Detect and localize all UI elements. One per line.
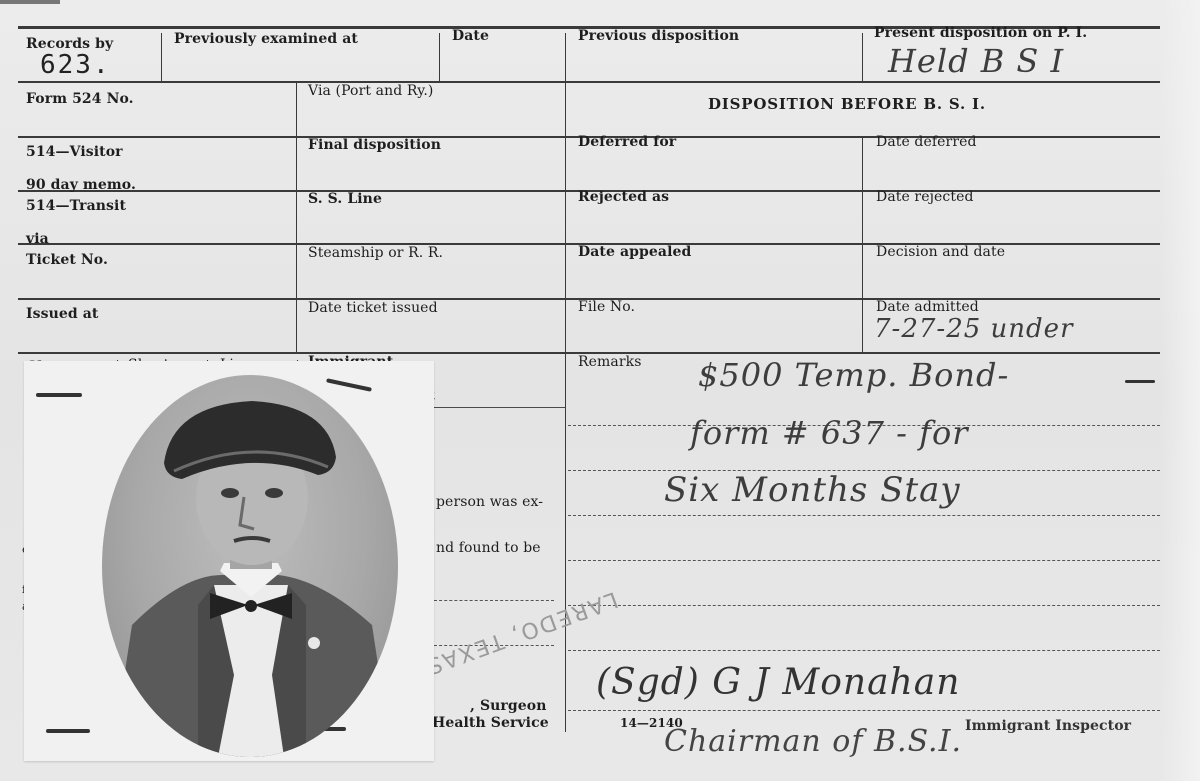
remarks-handwritten-line: form # 637 - for xyxy=(690,414,969,452)
remarks-handwritten-line: $500 Temp. Bond- xyxy=(698,356,1009,394)
remarks-handwritten-line: Six Months Stay xyxy=(664,470,961,510)
steamship-rr-label: Steamship or R. R. xyxy=(308,245,443,261)
form-524-label: Form 524 No. xyxy=(26,91,134,107)
portrait-figure-icon xyxy=(102,375,398,757)
col-divider xyxy=(565,82,566,732)
remarks-line xyxy=(568,515,1160,516)
col-divider xyxy=(439,33,440,83)
present-disposition-value: Held B S I xyxy=(888,42,1064,80)
date-rejected-label: Date rejected xyxy=(876,189,974,205)
immigrant-inspector-label: Immigrant Inspector xyxy=(965,718,1131,734)
cert-line xyxy=(434,600,554,601)
portrait-photo xyxy=(102,375,398,757)
via-label: via xyxy=(26,231,49,247)
film-edge xyxy=(0,0,60,4)
certification-line-1: person was ex- xyxy=(436,494,543,510)
chairman-title-handwritten: Chairman of B.S.I. xyxy=(664,724,962,759)
col-divider xyxy=(862,137,863,353)
film-edge xyxy=(1160,0,1200,781)
via-port-label: Via (Port and Ry.) xyxy=(308,83,433,99)
remarks-line xyxy=(568,605,1160,606)
health-service-label: Health Service xyxy=(432,715,549,731)
previous-disposition-label: Previous disposition xyxy=(578,28,739,44)
date-admitted-label: Date admitted xyxy=(876,299,979,315)
date-label: Date xyxy=(452,28,489,44)
deferred-for-label: Deferred for xyxy=(578,134,676,150)
mount-mark xyxy=(326,378,372,391)
final-disposition-label: Final disposition xyxy=(308,137,441,153)
row-divider xyxy=(18,81,1160,83)
ninety-day-memo-label: 90 day memo. xyxy=(26,177,136,193)
col-divider xyxy=(161,33,162,83)
photo-mount xyxy=(24,361,434,761)
date-ticket-issued-label: Date ticket issued xyxy=(308,300,438,316)
transit-514-label: 514—Transit xyxy=(26,198,126,214)
ink-mark xyxy=(1125,380,1155,383)
date-appealed-label: Date appealed xyxy=(578,244,691,260)
col-divider xyxy=(862,33,863,83)
remarks-line xyxy=(568,710,1160,711)
mount-mark xyxy=(36,393,82,397)
date-deferred-label: Date deferred xyxy=(876,134,977,150)
record-card: Records by 623. Previously examined at D… xyxy=(0,0,1200,781)
rejected-as-label: Rejected as xyxy=(578,189,669,205)
row-divider xyxy=(430,407,565,408)
mount-mark xyxy=(46,729,90,733)
certification-line-2: nd found to be xyxy=(436,540,541,556)
bsi-heading: DISPOSITION BEFORE B. S. I. xyxy=(708,95,986,113)
visitor-514-label: 514—Visitor xyxy=(26,144,123,160)
col-divider xyxy=(296,82,297,354)
date-admitted-value: 7-27-25 under xyxy=(874,314,1074,344)
surgeon-label: , Surgeon xyxy=(470,698,547,714)
previously-examined-label: Previously examined at xyxy=(174,31,358,47)
ss-line-label: S. S. Line xyxy=(308,191,382,207)
remarks-label: Remarks xyxy=(578,354,642,370)
col-divider xyxy=(565,33,566,83)
records-by-value: 623. xyxy=(40,50,111,80)
signature: (Sgd) G J Monahan xyxy=(596,662,960,703)
file-no-label: File No. xyxy=(578,299,635,315)
remarks-line xyxy=(568,560,1160,561)
remarks-line xyxy=(568,650,1160,651)
issued-at-label: Issued at xyxy=(26,306,99,322)
ticket-no-label: Ticket No. xyxy=(26,252,108,268)
present-disposition-label: Present disposition on P. I. xyxy=(874,25,1087,41)
decision-and-date-label: Decision and date xyxy=(876,244,1005,260)
